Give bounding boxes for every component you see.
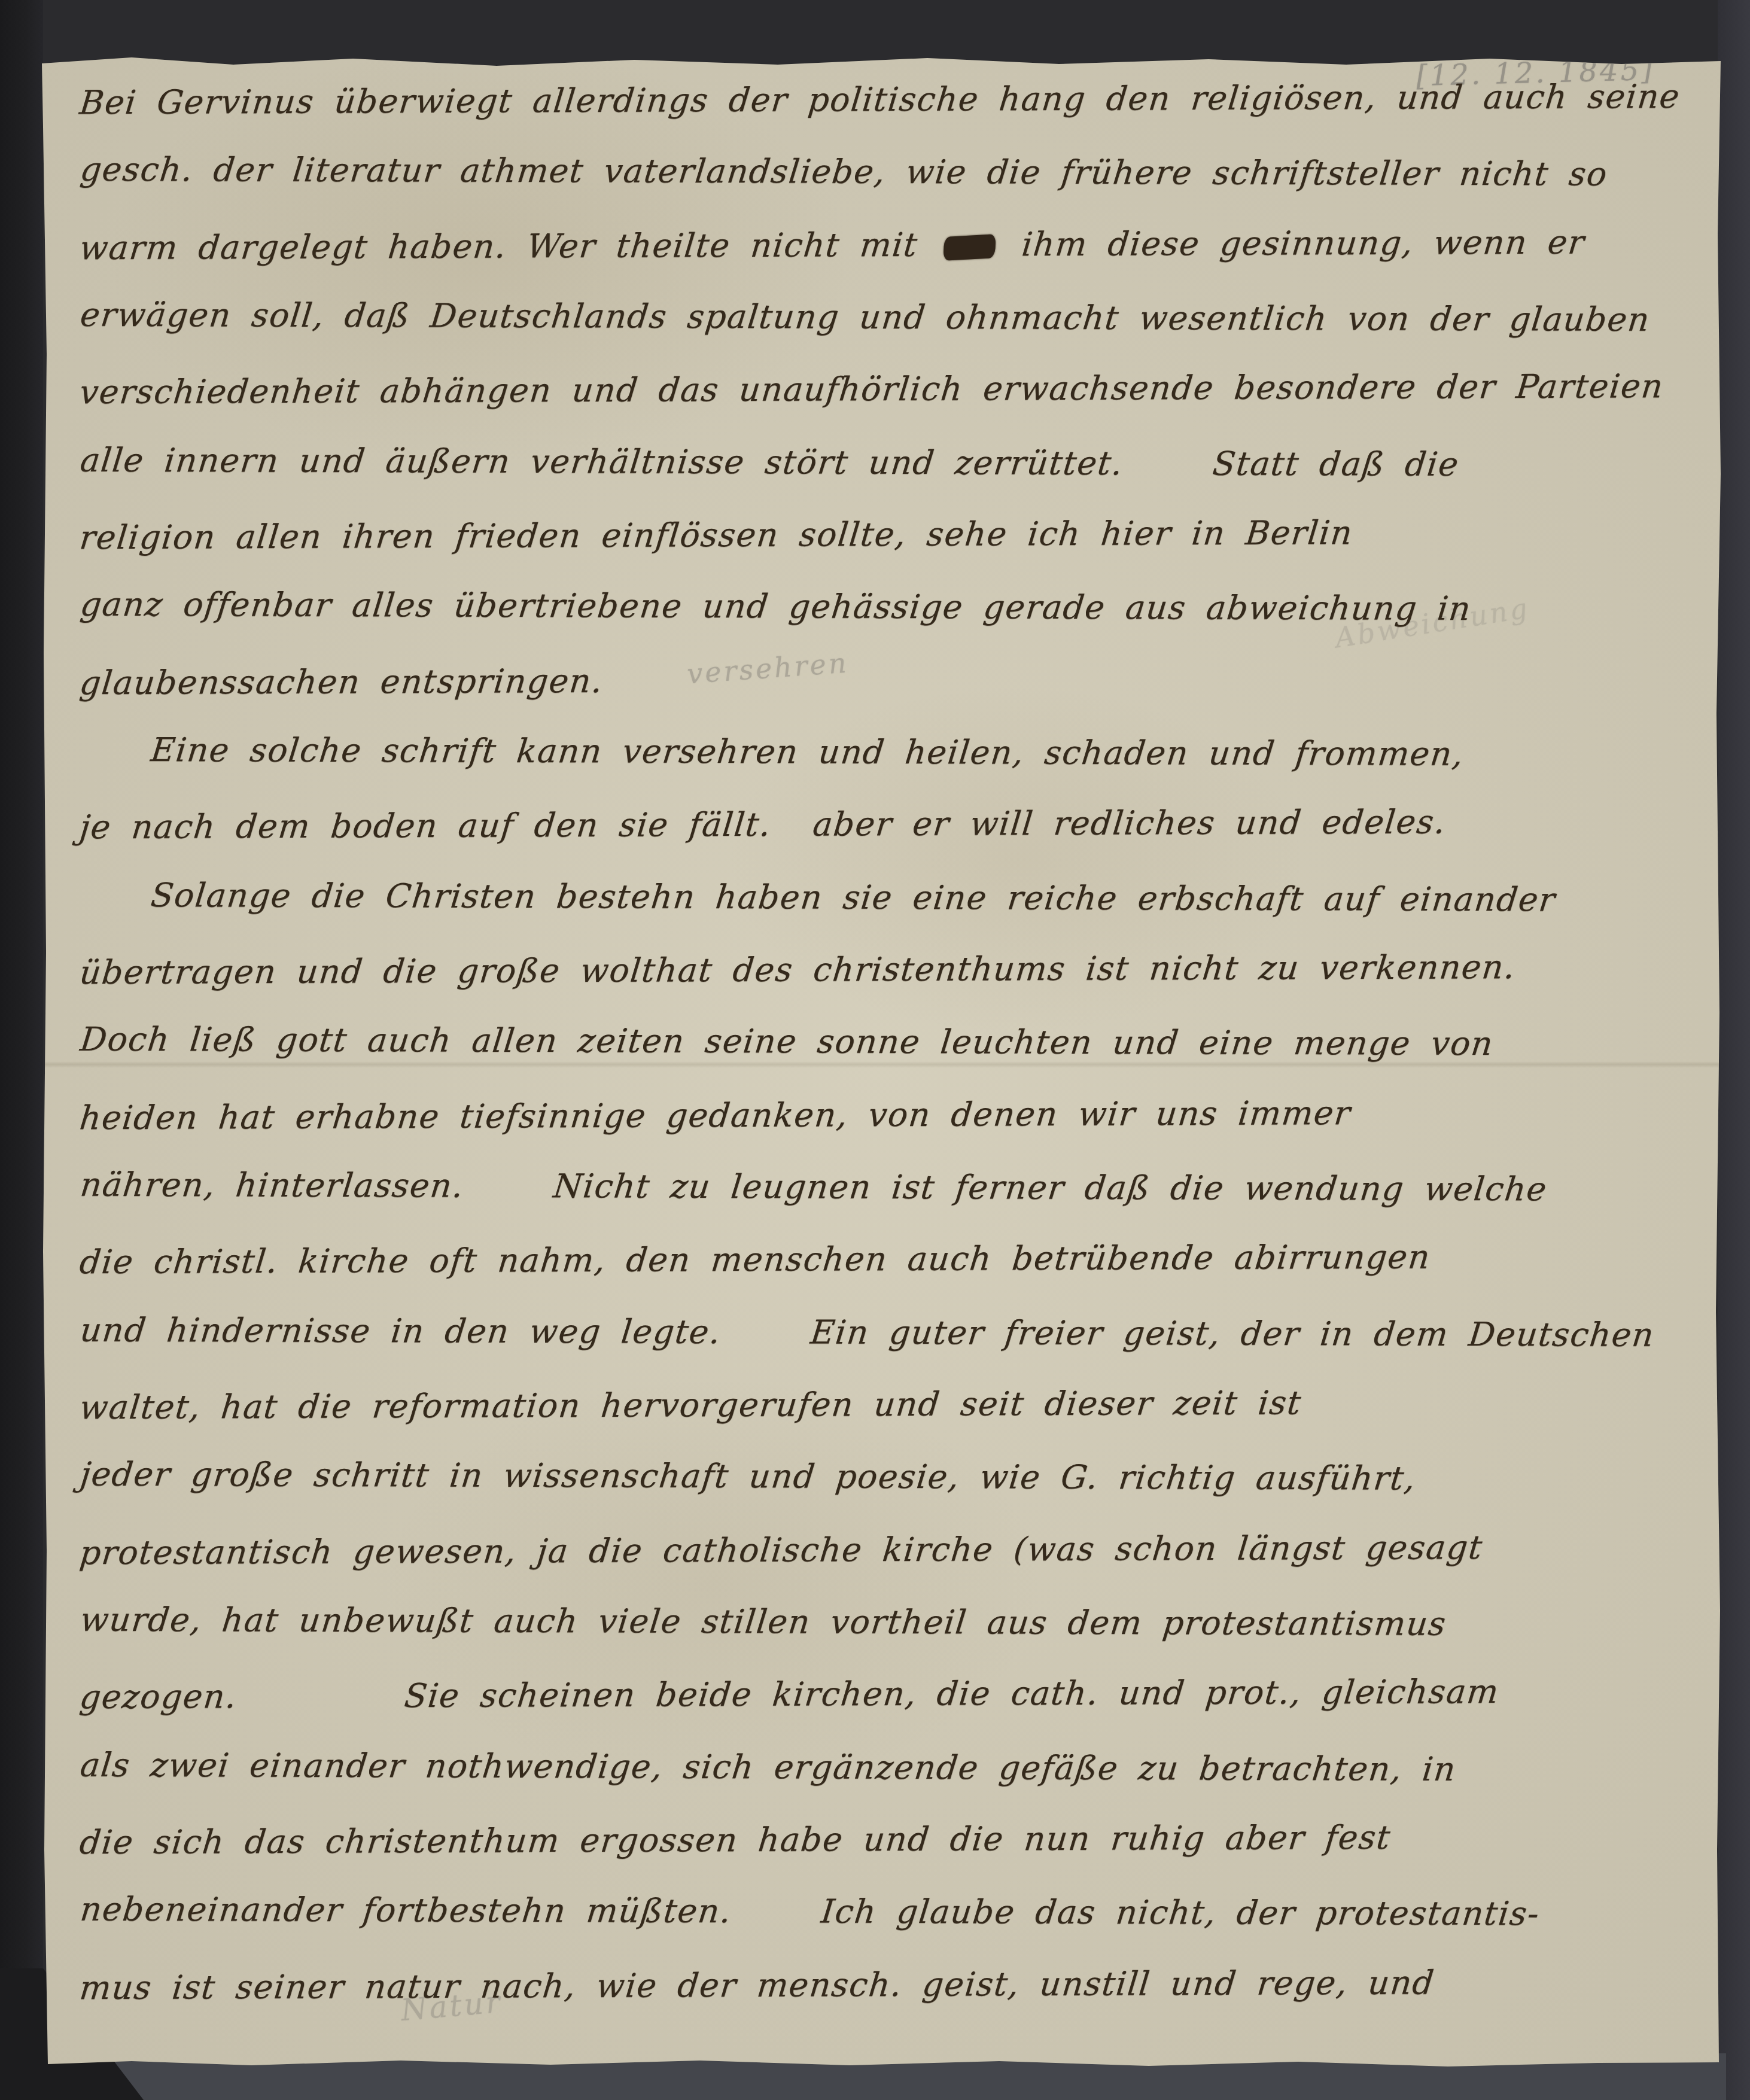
handwritten-text: nebeneinander fortbestehn müßten. — [78, 1889, 734, 1929]
handwritten-text: verschiedenheit abhängen und das unaufhö… — [78, 367, 1665, 411]
manuscript-line: gezogen.Sie scheinen beide kirchen, die … — [76, 1655, 1716, 1733]
manuscript-line: Eine solche schrift kann versehren und h… — [77, 713, 1716, 790]
manuscript-line: die christl. kirche oft nahm, den mensch… — [76, 1220, 1716, 1298]
manuscript-line: nähren, hinterlassen.Nicht zu leugnen is… — [77, 1148, 1716, 1225]
scanned-manuscript-view: [12. 12. 1845] Abweichung versehren Natu… — [0, 0, 1750, 2100]
handwritten-text: Ein guter freier geist, der in dem Deuts… — [809, 1313, 1657, 1353]
handwritten-text: wurde, hat unbewußt auch viele stillen v… — [78, 1600, 1448, 1642]
handwritten-text: erwägen soll, daß Deutschlands spaltung … — [78, 295, 1652, 338]
handwritten-text: Nicht zu leugnen ist ferner daß die wend… — [552, 1167, 1550, 1208]
manuscript-line: nebeneinander fortbestehn müßten.Ich gla… — [77, 1873, 1716, 1950]
scan-right-border — [1718, 0, 1750, 2100]
manuscript-line: als zwei einander nothwendige, sich ergä… — [77, 1728, 1716, 1806]
scan-left-border — [0, 0, 43, 2100]
handwritten-text: Bei Gervinus überwiegt allerdings der po… — [78, 77, 1682, 121]
manuscript-line: übertragen und die große wolthat des chr… — [76, 930, 1716, 1009]
handwritten-text: gesch. der literatur athmet vaterlandsli… — [78, 150, 1609, 193]
handwritten-text: Solange die Christen bestehn haben sie e… — [149, 876, 1558, 918]
sentence-gap — [236, 1707, 403, 1708]
handwritten-text: warm dargelegt haben. Wer theilte nicht … — [78, 226, 940, 267]
handwritten-text: aber er will redliches und edeles. — [811, 802, 1448, 843]
manuscript-line: Doch ließ gott auch allen zeiten seine s… — [77, 1003, 1716, 1080]
handwritten-text: die christl. kirche oft nahm, den mensch… — [78, 1238, 1432, 1282]
manuscript-line: ganz offenbar alles übertriebene und geh… — [77, 568, 1716, 645]
handwritten-text: Eine solche schrift kann versehren und h… — [149, 731, 1466, 773]
manuscript-line: waltet, hat die reformation hervorgerufe… — [76, 1365, 1716, 1444]
manuscript-line: religion allen ihren frieden einflössen … — [76, 495, 1716, 574]
handwritten-text: als zwei einander nothwendige, sich ergä… — [78, 1745, 1458, 1788]
manuscript-line: und hindernisse in den weg legte.Ein gut… — [77, 1294, 1716, 1371]
manuscript-line: protestantisch gewesen, ja die catholisc… — [76, 1511, 1716, 1589]
manuscript-line: Solange die Christen bestehn haben sie e… — [77, 859, 1716, 936]
handwritten-text: Ich glaube das nicht, der protestantis- — [819, 1892, 1542, 1932]
handwritten-text: je nach dem boden auf den sie fällt. — [78, 805, 773, 846]
manuscript-line: verschiedenheit abhängen und das unaufhö… — [76, 350, 1716, 428]
manuscript-line: glaubenssachen entspringen. — [76, 641, 1716, 719]
handwritten-text: nähren, hinterlassen. — [78, 1165, 466, 1204]
handwritten-text: glaubenssachen entspringen. — [78, 662, 605, 702]
manuscript-line: je nach dem boden auf den sie fällt.aber… — [76, 785, 1716, 863]
handwritten-text: waltet, hat die reformation hervorgerufe… — [78, 1383, 1303, 1426]
manuscript-line: heiden hat erhabne tiefsinnige gedanken,… — [76, 1076, 1716, 1154]
manuscript-line: alle innern und äußern verhältnisse stör… — [77, 424, 1716, 501]
manuscript-line: jeder große schritt in wissenschaft und … — [77, 1438, 1716, 1515]
handwritten-text: übertragen und die große wolthat des chr… — [78, 948, 1517, 991]
crossed-out-word — [943, 234, 996, 261]
manuscript-text: Bei Gervinus überwiegt allerdings der po… — [80, 63, 1712, 2021]
manuscript-line: gesch. der literatur athmet vaterlandsli… — [77, 133, 1716, 210]
manuscript-line: warm dargelegt haben. Wer theilte nicht … — [76, 206, 1716, 284]
handwritten-text: mus ist seiner natur nach, wie der mensc… — [78, 1964, 1436, 2007]
handwritten-text: ganz offenbar alles übertriebene und geh… — [78, 585, 1473, 627]
manuscript-line: die sich das christenthum ergossen habe … — [76, 1800, 1716, 1879]
handwritten-text: und hindernisse in den weg legte. — [78, 1310, 723, 1350]
manuscript-line: erwägen soll, daß Deutschlands spaltung … — [77, 278, 1716, 355]
handwritten-text: heiden hat erhabne tiefsinnige gedanken,… — [78, 1094, 1353, 1137]
handwritten-text: ihm diese gesinnung, wenn er — [1000, 223, 1587, 264]
handwritten-text: jeder große schritt in wissenschaft und … — [78, 1454, 1418, 1497]
handwritten-text: die sich das christenthum ergossen habe … — [78, 1818, 1393, 1861]
handwritten-text: Statt daß die — [1211, 444, 1461, 483]
handwritten-text: religion allen ihren frieden einflössen … — [78, 513, 1355, 556]
manuscript-page: [12. 12. 1845] Abweichung versehren Natu… — [42, 55, 1721, 2066]
handwritten-text: alle innern und äußern verhältnisse stör… — [78, 440, 1125, 482]
manuscript-line: wurde, hat unbewußt auch viele stillen v… — [77, 1583, 1716, 1660]
manuscript-line: mus ist seiner natur nach, wie der mensc… — [76, 1946, 1716, 2024]
handwritten-text: Sie scheinen beide kirchen, die cath. un… — [403, 1672, 1501, 1715]
handwritten-text: Doch ließ gott auch allen zeiten seine s… — [78, 1019, 1496, 1062]
handwritten-text: protestantisch gewesen, ja die catholisc… — [78, 1528, 1484, 1572]
manuscript-line: Bei Gervinus überwiegt allerdings der po… — [76, 60, 1716, 139]
handwritten-text: gezogen. — [78, 1677, 239, 1716]
